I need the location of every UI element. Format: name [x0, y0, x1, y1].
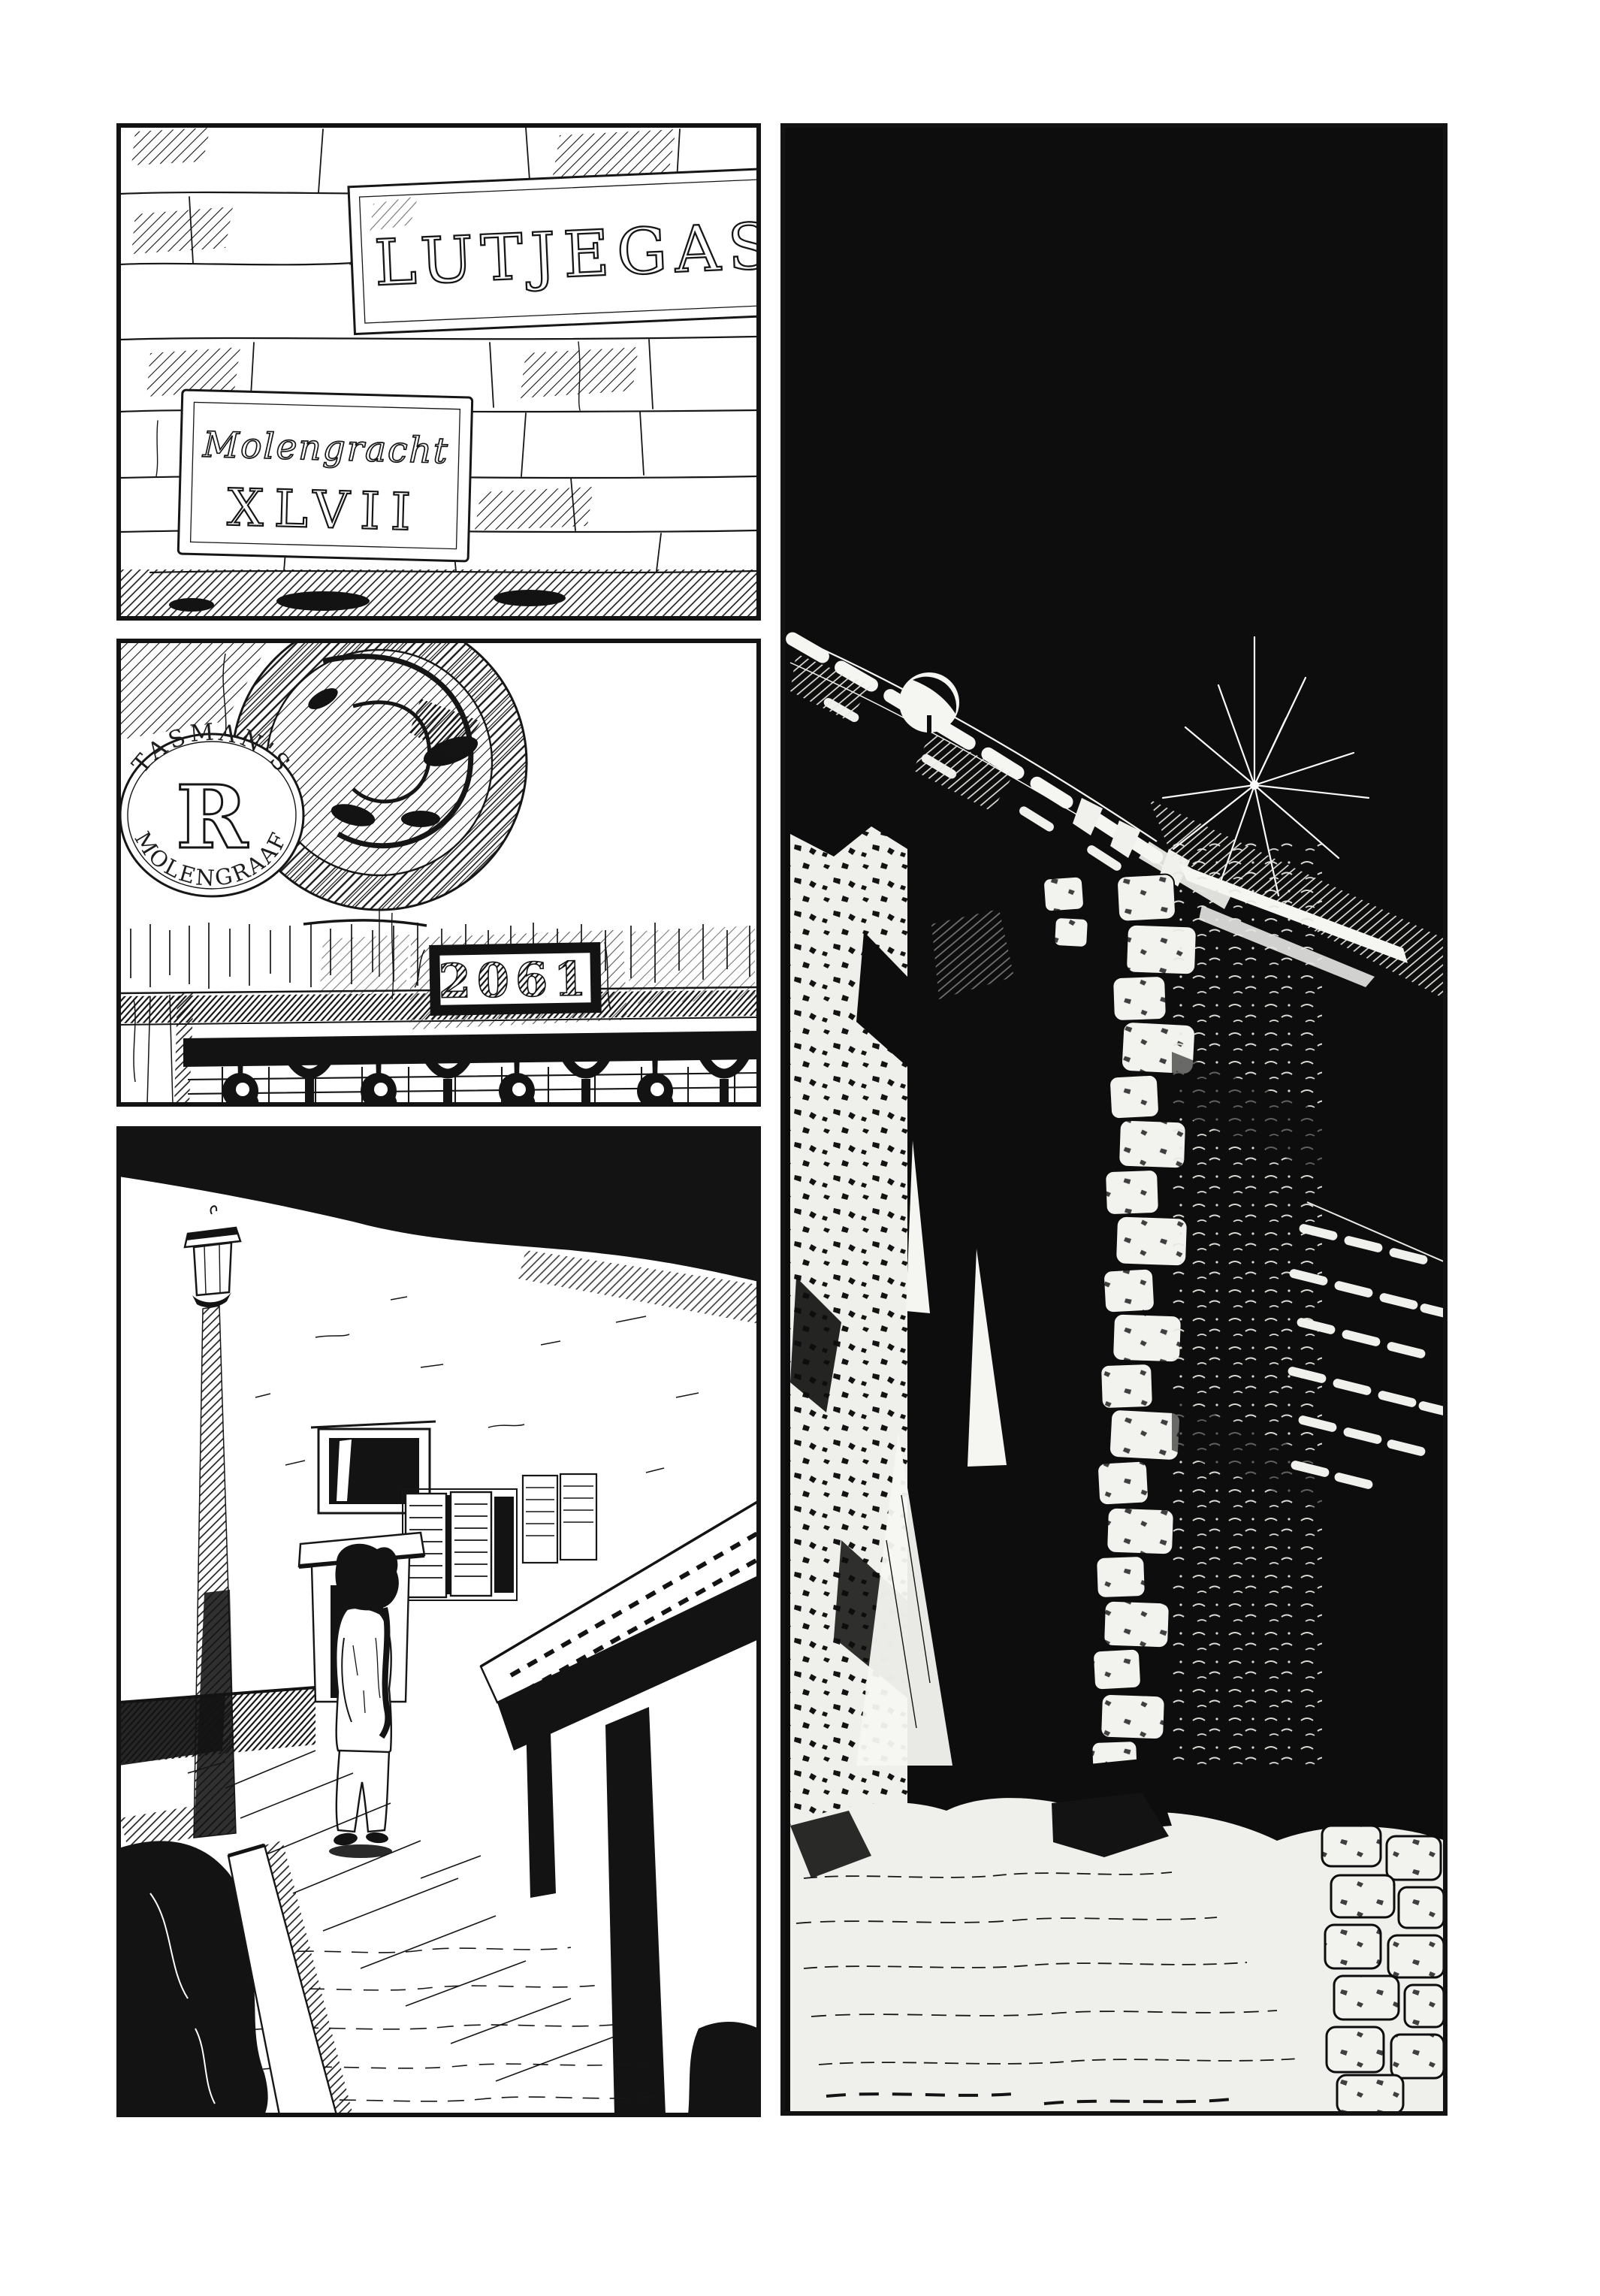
plaque-numeral-text: XLVII [227, 479, 422, 543]
panel-2-facade: TASMAN'S R MOLENGRAAF 2061 [119, 615, 759, 1114]
house-number-text: 2061 [438, 951, 593, 1009]
dark-tower-wall [1172, 841, 1322, 1766]
artwork: LUTJEGAS Molengracht XLVII [0, 0, 1600, 2296]
girl-hair [335, 1544, 398, 1611]
house-number-plate: 2061 [408, 929, 627, 1029]
oval-sign-monogram: R [176, 767, 249, 869]
name-plaque: Molengracht XLVII [178, 390, 472, 561]
comic-page: LUTJEGAS Molengracht XLVII [0, 0, 1600, 2296]
shuttered-window-far [523, 1474, 596, 1563]
panel-1-stone-wall: LUTJEGAS Molengracht XLVII [119, 125, 805, 618]
street-name-stone: LUTJEGAS [349, 168, 805, 334]
plaque-name-text: Molengracht [201, 424, 449, 473]
panel-3-lane [119, 1128, 759, 2115]
panel-4-night-alley [783, 125, 1460, 2113]
